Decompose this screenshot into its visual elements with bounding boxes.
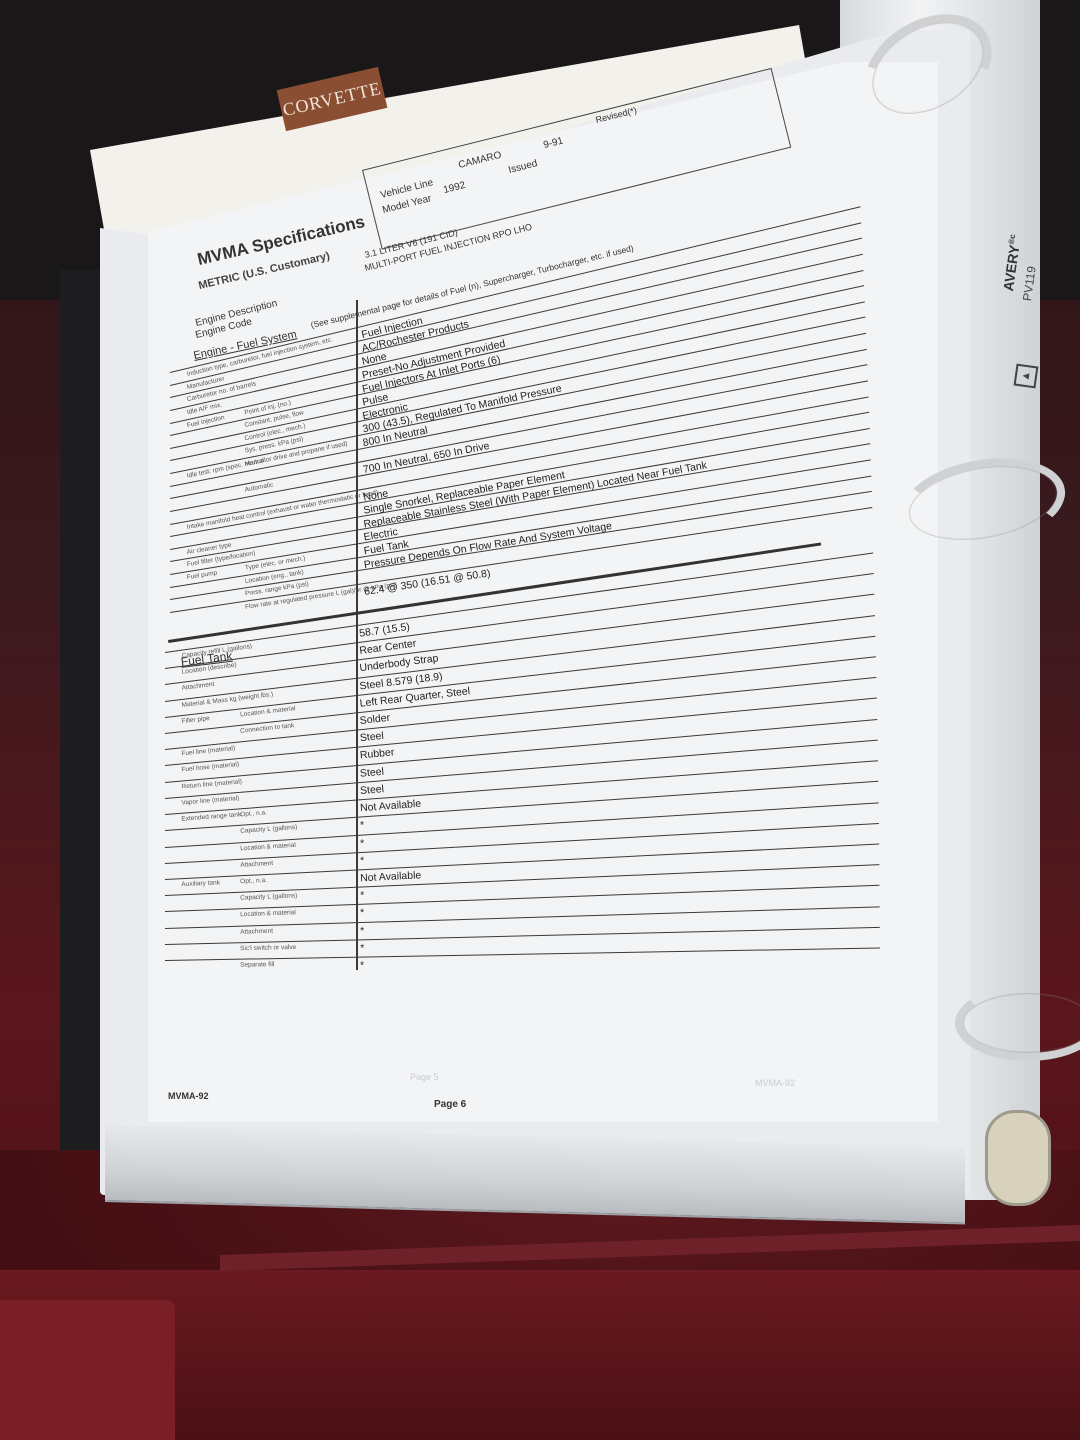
row-sublabel: Location & material bbox=[240, 910, 296, 919]
row-sublabel: Opt., n.a. bbox=[240, 809, 267, 818]
row-value: Steel bbox=[360, 765, 385, 779]
row-value: * bbox=[360, 942, 364, 954]
row-sublabel: Location & material bbox=[240, 841, 296, 851]
row-sublabel: Location & material bbox=[240, 705, 296, 718]
avery-triangle-logo-icon: ▲ bbox=[1014, 364, 1039, 389]
row-sublabel: Sic'l switch or valve bbox=[240, 944, 296, 952]
red-console-block bbox=[0, 1300, 175, 1440]
row-value: * bbox=[360, 907, 365, 919]
row-label: Attachment bbox=[181, 681, 215, 692]
row-sublabel: Attachment bbox=[240, 860, 273, 869]
row-value: * bbox=[360, 890, 365, 902]
row-value: * bbox=[360, 855, 365, 867]
row-value: Not Available bbox=[360, 869, 422, 884]
row-sublabel: Capacity L (gallons) bbox=[240, 892, 297, 901]
row-value: Rubber bbox=[359, 747, 394, 762]
row-value: * bbox=[360, 837, 365, 849]
column-divider bbox=[356, 300, 358, 970]
row-value: * bbox=[360, 960, 364, 972]
row-sublabel: Separate fill bbox=[240, 961, 274, 969]
ghost-form-id: MVMA-92 bbox=[755, 1078, 795, 1088]
row-value: Solder bbox=[359, 712, 390, 727]
row-value: Steel bbox=[359, 730, 384, 744]
row-sublabel: Attachment bbox=[240, 927, 273, 935]
row-sublabel: Connection to tank bbox=[240, 722, 295, 735]
row-label: Vapor line (material) bbox=[181, 795, 239, 807]
binder-clip[interactable] bbox=[985, 1110, 1051, 1206]
row-label: Fuel line (material) bbox=[181, 745, 235, 757]
row-value: * bbox=[360, 820, 365, 832]
registered-mark: ®c bbox=[1007, 234, 1017, 245]
row-label: Filler pipe bbox=[181, 715, 210, 725]
row-value: Steel bbox=[360, 783, 385, 797]
row-sublabel: Opt., n.a. bbox=[240, 877, 267, 885]
row-label: Return line (material) bbox=[181, 778, 242, 790]
row-label: Fuel hose (material) bbox=[181, 761, 239, 773]
row-label: Auxiliary tank bbox=[181, 879, 220, 888]
row-sublabel: Manual bbox=[244, 457, 266, 468]
page-number: Page 6 bbox=[434, 1099, 466, 1110]
form-id: MVMA-92 bbox=[168, 1091, 209, 1101]
row-value: * bbox=[360, 925, 364, 937]
ghost-page-number: Page 5 bbox=[410, 1072, 439, 1082]
row-sublabel: Capacity L (gallons) bbox=[240, 824, 298, 835]
row-label: Extended range tank bbox=[181, 811, 241, 822]
